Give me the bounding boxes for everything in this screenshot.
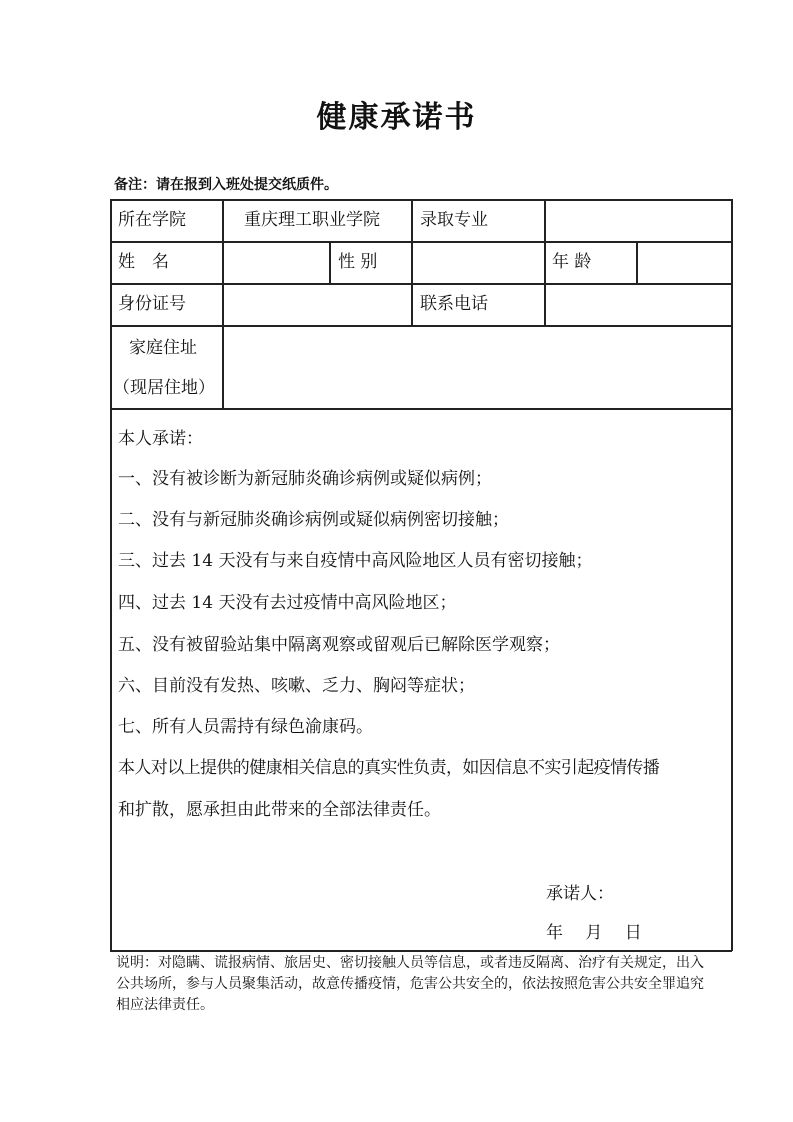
address-field[interactable] bbox=[226, 330, 728, 404]
signer-label: 承诺人： bbox=[546, 879, 614, 904]
submission-note: 备注：请在报到入班处提交纸质件。 bbox=[114, 174, 338, 194]
college-label: 所在学院 bbox=[118, 210, 186, 230]
college-value[interactable]: 重庆理工职业学院 bbox=[244, 210, 380, 230]
commitment-item: 七、所有人员需持有绿色渝康码。 bbox=[118, 712, 373, 737]
name-field[interactable] bbox=[226, 246, 326, 280]
table-border-bottom bbox=[110, 950, 732, 952]
responsibility-statement: 本人对以上提供的健康相关信息的真实性负责，如因信息不实引起疫情传播 bbox=[118, 753, 659, 778]
age-field[interactable] bbox=[640, 246, 728, 280]
responsibility-statement-cont: 和扩散，愿承担由此带来的全部法律责任。 bbox=[118, 795, 441, 820]
commitment-item: 二、没有与新冠肺炎确诊病例或疑似病例密切接触； bbox=[118, 505, 509, 530]
commitment-heading: 本人承诺： bbox=[118, 424, 203, 449]
commitment-item: 三、过去 14 天没有与来自疫情中高风险地区人员有密切接触； bbox=[118, 546, 592, 571]
id-number-label: 身份证号 bbox=[118, 294, 186, 314]
major-label: 录取专业 bbox=[420, 210, 488, 230]
table-border-top bbox=[110, 199, 732, 201]
address-label-sub: （现居住地） bbox=[113, 378, 215, 398]
col-divider bbox=[329, 241, 331, 283]
name-label: 姓 名 bbox=[118, 252, 169, 272]
row-divider bbox=[110, 241, 732, 243]
gender-label: 性 别 bbox=[338, 252, 377, 272]
col-divider bbox=[636, 241, 638, 283]
phone-field[interactable] bbox=[550, 288, 728, 322]
commitment-item: 四、过去 14 天没有去过疫情中高风险地区； bbox=[118, 588, 456, 613]
table-border-left bbox=[110, 199, 112, 951]
footnote: 说明：对隐瞒、谎报病情、旅居史、密切接触人员等信息，或者违反隔离、治疗有关规定，… bbox=[116, 953, 716, 1016]
col-divider bbox=[411, 241, 413, 325]
address-label: 家庭住址 bbox=[129, 338, 197, 358]
age-label: 年 龄 bbox=[552, 252, 591, 272]
row-divider bbox=[110, 283, 732, 285]
gender-field[interactable] bbox=[415, 246, 541, 280]
commitment-item: 五、没有被留验站集中隔离观察或留观后已解除医学观察； bbox=[118, 630, 560, 655]
table-border-right bbox=[731, 199, 733, 951]
commitment-item: 六、目前没有发热、咳嗽、乏力、胸闷等症状； bbox=[118, 671, 475, 696]
col-divider bbox=[222, 199, 224, 408]
commitment-item: 一、没有被诊断为新冠肺炎确诊病例或疑似病例； bbox=[118, 464, 492, 489]
row-divider bbox=[110, 325, 732, 327]
col-divider bbox=[411, 199, 413, 241]
page-title: 健康承诺书 bbox=[0, 92, 793, 136]
major-field[interactable] bbox=[550, 204, 728, 238]
row-divider bbox=[110, 408, 732, 410]
phone-label: 联系电话 bbox=[420, 294, 488, 314]
date-label: 年 月 日 bbox=[546, 918, 642, 943]
id-number-field[interactable] bbox=[226, 288, 408, 322]
col-divider bbox=[544, 199, 546, 325]
